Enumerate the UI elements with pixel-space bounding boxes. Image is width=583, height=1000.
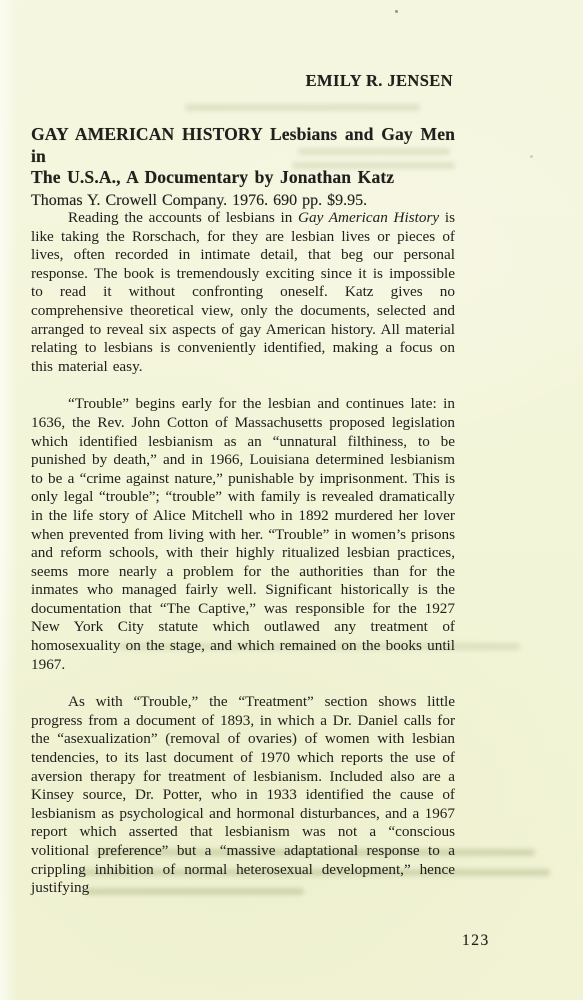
book-title-line2: The U.S.A., A Documentary by Jonathan Ka… [31,167,455,189]
scanned-book-page: EMILY R. JENSEN GAY AMERICAN HISTORY Les… [0,0,583,1000]
review-paragraph-1: Reading the accounts of lesbians in Gay … [31,209,455,376]
book-title-line1: GAY AMERICAN HISTORY Lesbians and Gay Me… [31,124,455,167]
bleed-through-line [185,104,420,111]
book-heading: GAY AMERICAN HISTORY Lesbians and Gay Me… [31,124,455,211]
paper-speck [530,155,533,158]
reviewer-name: EMILY R. JENSEN [0,71,453,91]
review-paragraph-2: “Trouble” begins early for the lesbian a… [31,395,455,674]
paper-speck [395,10,398,13]
review-paragraph-3: As with “Trouble,” the “Treatment” secti… [31,693,455,898]
book-imprint: Thomas Y. Crowell Company. 1976. 690 pp.… [31,191,455,211]
paragraph-1-text-before: Reading the accounts of lesbians in [68,209,298,226]
review-body: Reading the accounts of lesbians in Gay … [31,209,455,917]
book-title-italic-mention: Gay American History [298,209,439,226]
page-number: 123 [462,932,490,950]
paragraph-1-text-after: is like taking the Rorschach, for they a… [31,209,455,375]
